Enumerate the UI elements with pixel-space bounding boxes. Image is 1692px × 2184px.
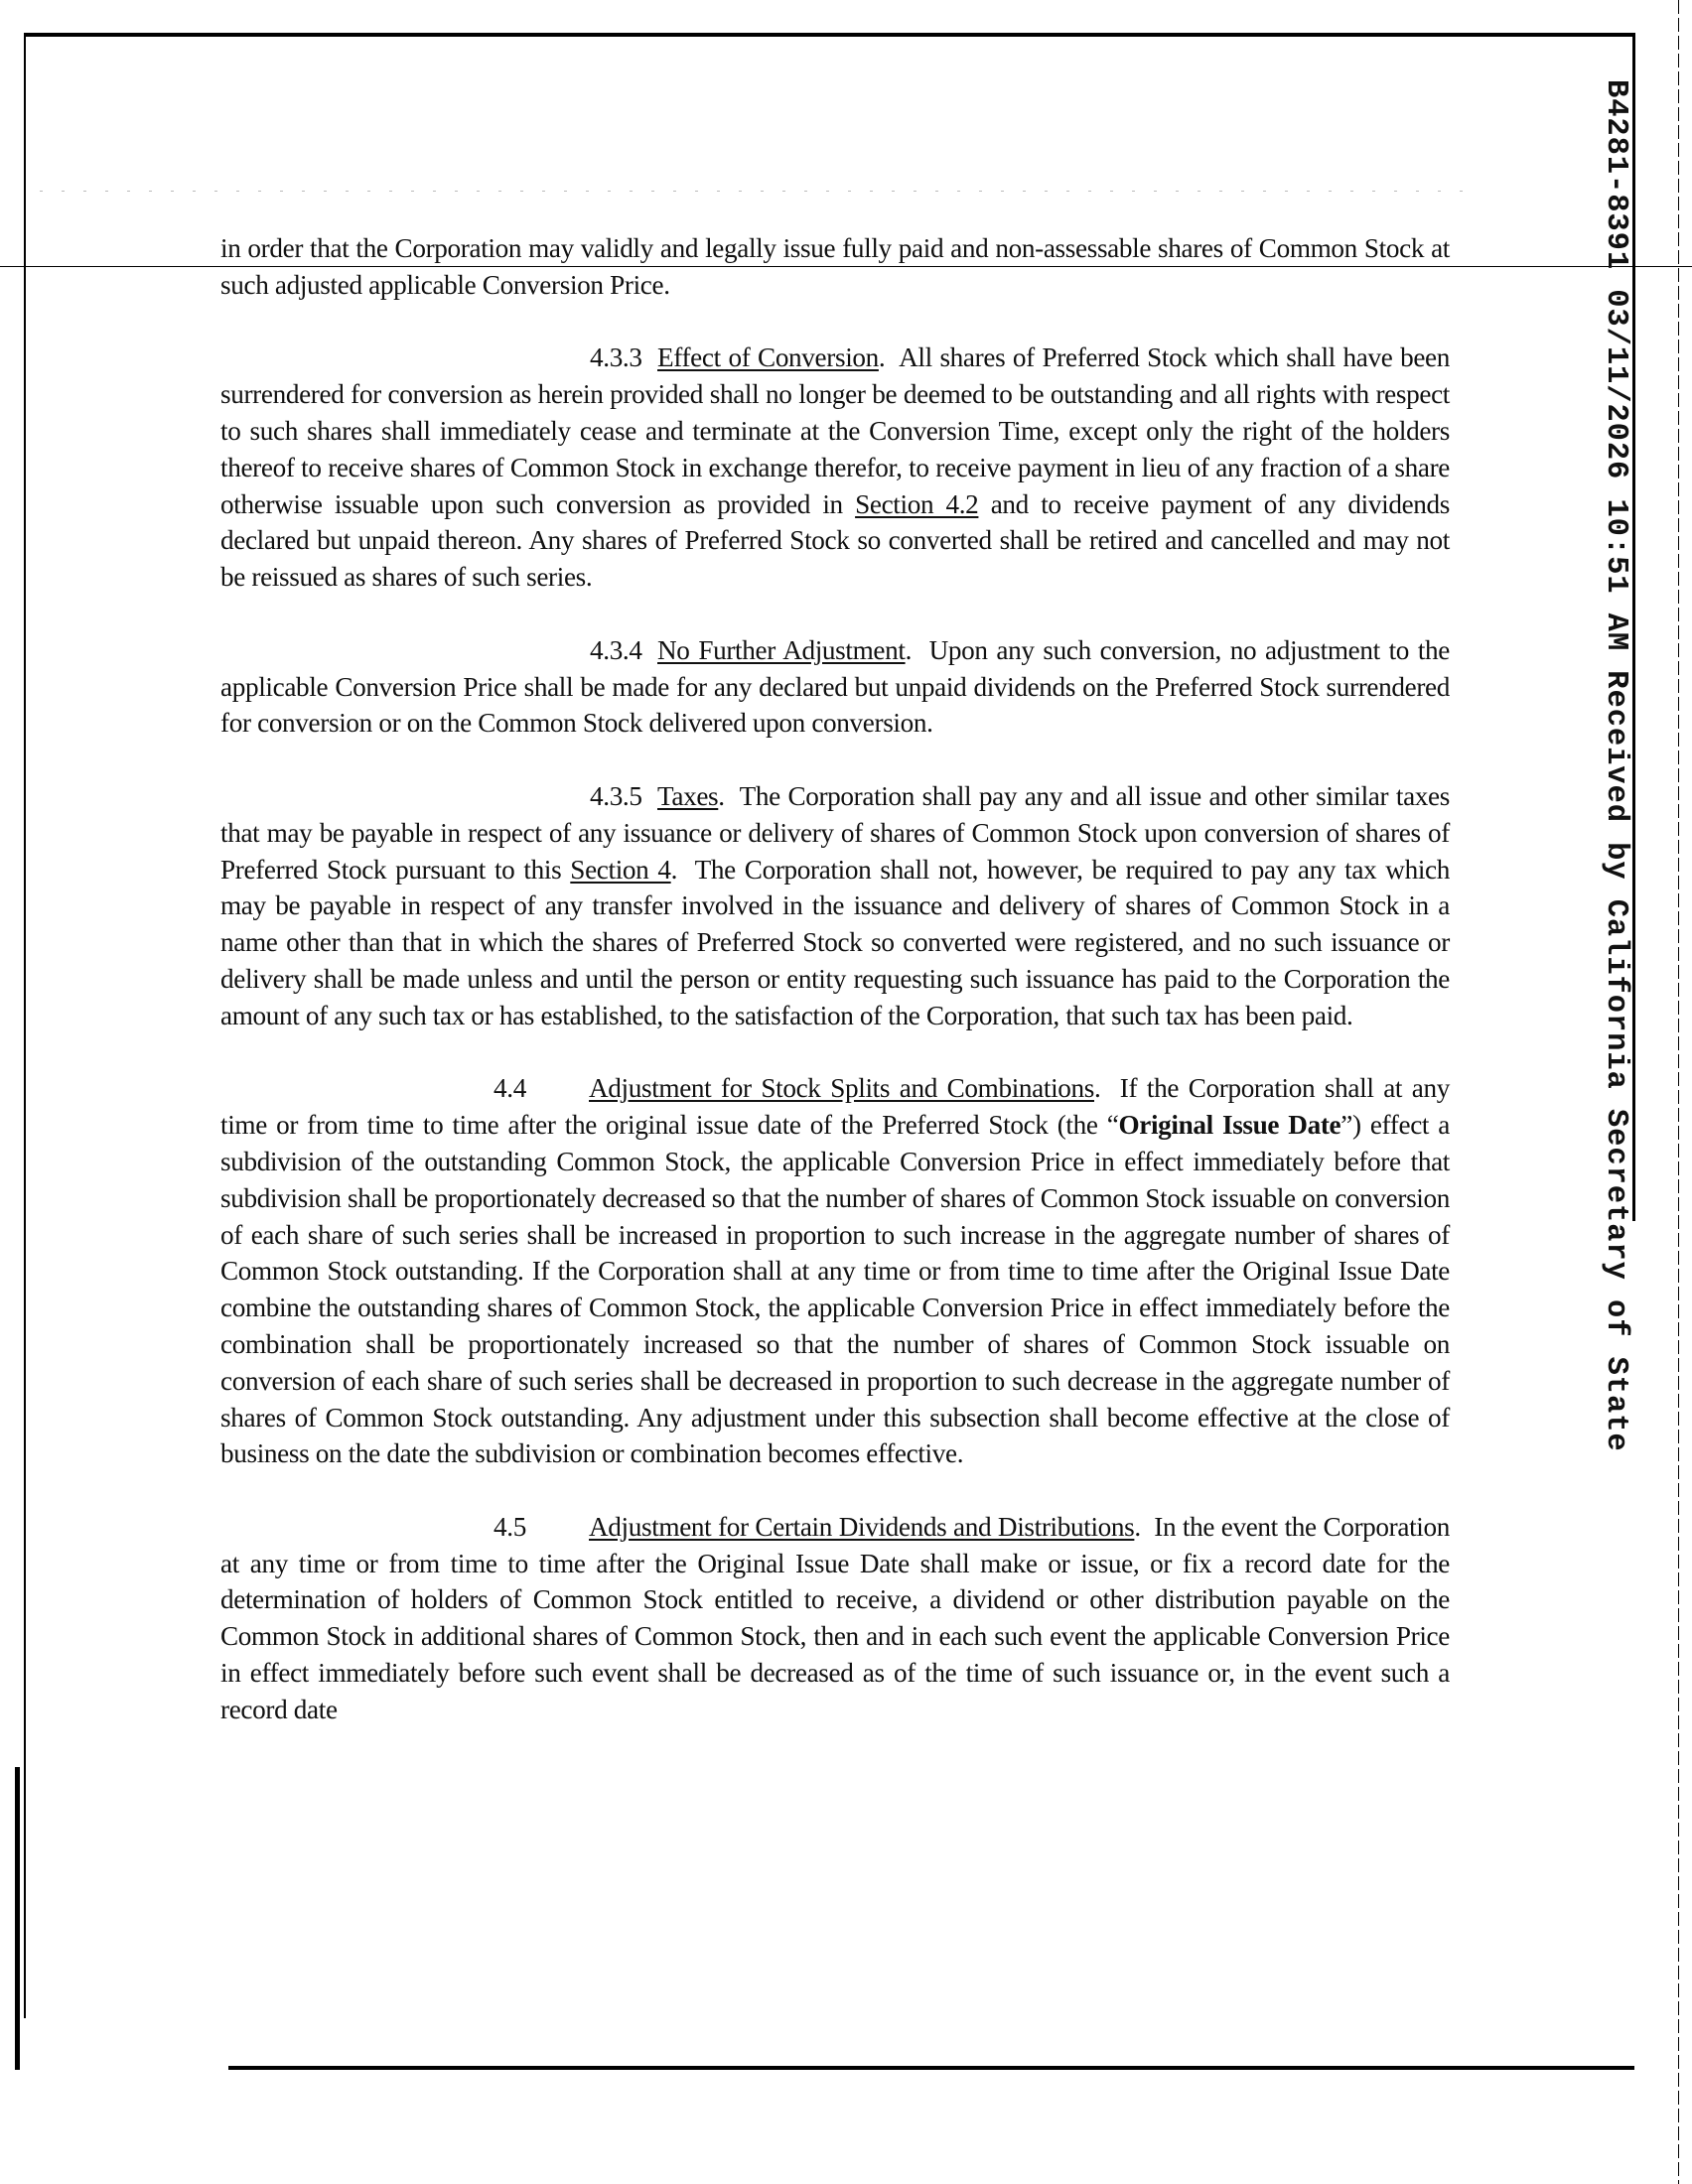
section-4-3-4: 4.3.4No Further Adjustment. Upon any suc…: [220, 632, 1450, 742]
document-body: in order that the Corporation may validl…: [220, 230, 1450, 1764]
right-scan-edge: [1678, 0, 1679, 2184]
left-frame-border-thick: [15, 1767, 20, 2070]
section-heading: Effect of Conversion: [657, 342, 879, 372]
section-body: In the event the Corporation at any time…: [220, 1512, 1450, 1724]
section-number: 4.3.4: [590, 632, 657, 669]
continuation-text: in order that the Corporation may validl…: [220, 233, 1450, 300]
defined-term: Original Issue Date: [1118, 1110, 1340, 1140]
section-number: 4.5: [493, 1509, 589, 1546]
scan-noise: [40, 191, 1470, 192]
section-number: 4.4: [493, 1070, 589, 1107]
section-4-3-3: 4.3.3Effect of Conversion. All shares of…: [220, 340, 1450, 596]
section-heading: No Further Adjustment: [657, 635, 906, 665]
section-body-cont: ) effect a subdivision of the outstandin…: [220, 1110, 1450, 1468]
filing-stamp: B4281-8391 03/11/2026 10:51 AM Received …: [1599, 79, 1632, 1452]
left-frame-border: [24, 33, 26, 2018]
section-4-3-5: 4.3.5Taxes. The Corporation shall pay an…: [220, 778, 1450, 1034]
section-heading: Adjustment for Certain Dividends and Dis…: [589, 1512, 1134, 1542]
top-frame-border: [25, 33, 1635, 37]
section-reference-link[interactable]: Section 4.2: [855, 489, 978, 519]
section-reference-link[interactable]: Section 4: [570, 855, 670, 885]
right-frame-border: [1632, 33, 1635, 1221]
section-number: 4.3.3: [590, 340, 657, 376]
section-heading: Adjustment for Stock Splits and Combinat…: [589, 1073, 1094, 1103]
continuation-paragraph: in order that the Corporation may validl…: [220, 230, 1450, 304]
section-number: 4.3.5: [590, 778, 657, 815]
section-4-5: 4.5Adjustment for Certain Dividends and …: [220, 1509, 1450, 1728]
scanned-page: B4281-8391 03/11/2026 10:51 AM Received …: [0, 0, 1692, 2184]
bottom-frame-border: [228, 2066, 1634, 2070]
section-heading: Taxes: [657, 781, 718, 811]
section-4-4: 4.4Adjustment for Stock Splits and Combi…: [220, 1070, 1450, 1472]
